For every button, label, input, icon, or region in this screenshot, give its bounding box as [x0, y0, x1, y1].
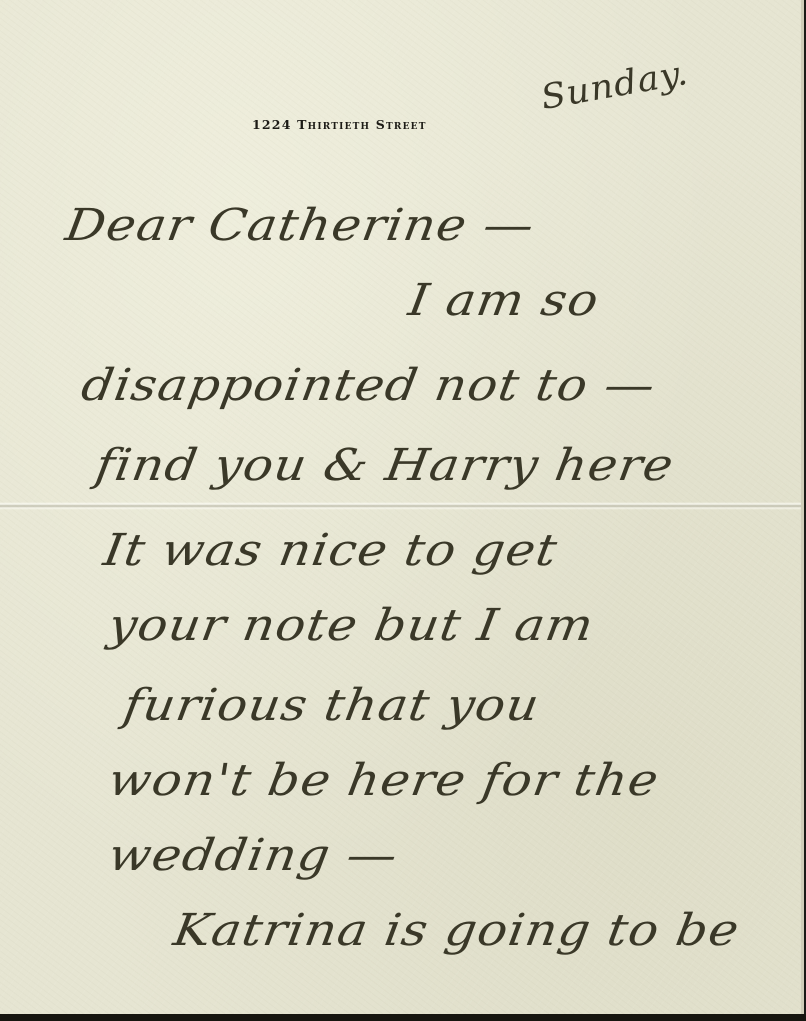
body-line-1: I am so — [405, 275, 603, 326]
body-line-5: your note but I am — [105, 600, 598, 651]
body-line-4: It was nice to get — [100, 525, 561, 576]
letter-page: 1224 Thirtieth Street Sunday. Dear Cathe… — [0, 0, 804, 1014]
letterhead-address: 1224 Thirtieth Street — [252, 117, 427, 132]
salutation: Dear Catherine — — [62, 200, 538, 251]
paper-right-edge — [801, 0, 804, 1014]
body-line-2: disappointed not to — — [78, 360, 659, 411]
body-line-6: furious that you — [120, 680, 543, 731]
body-line-9: Katrina is going to be — [170, 905, 743, 956]
letter-date: Sunday. — [538, 53, 691, 118]
paper-fold-line — [0, 502, 804, 510]
body-line-7: won't be here for the — [105, 755, 663, 806]
body-line-3: find you & Harry here — [92, 440, 678, 491]
body-line-8: wedding — — [105, 830, 402, 881]
scan-bottom-border — [0, 1014, 806, 1021]
